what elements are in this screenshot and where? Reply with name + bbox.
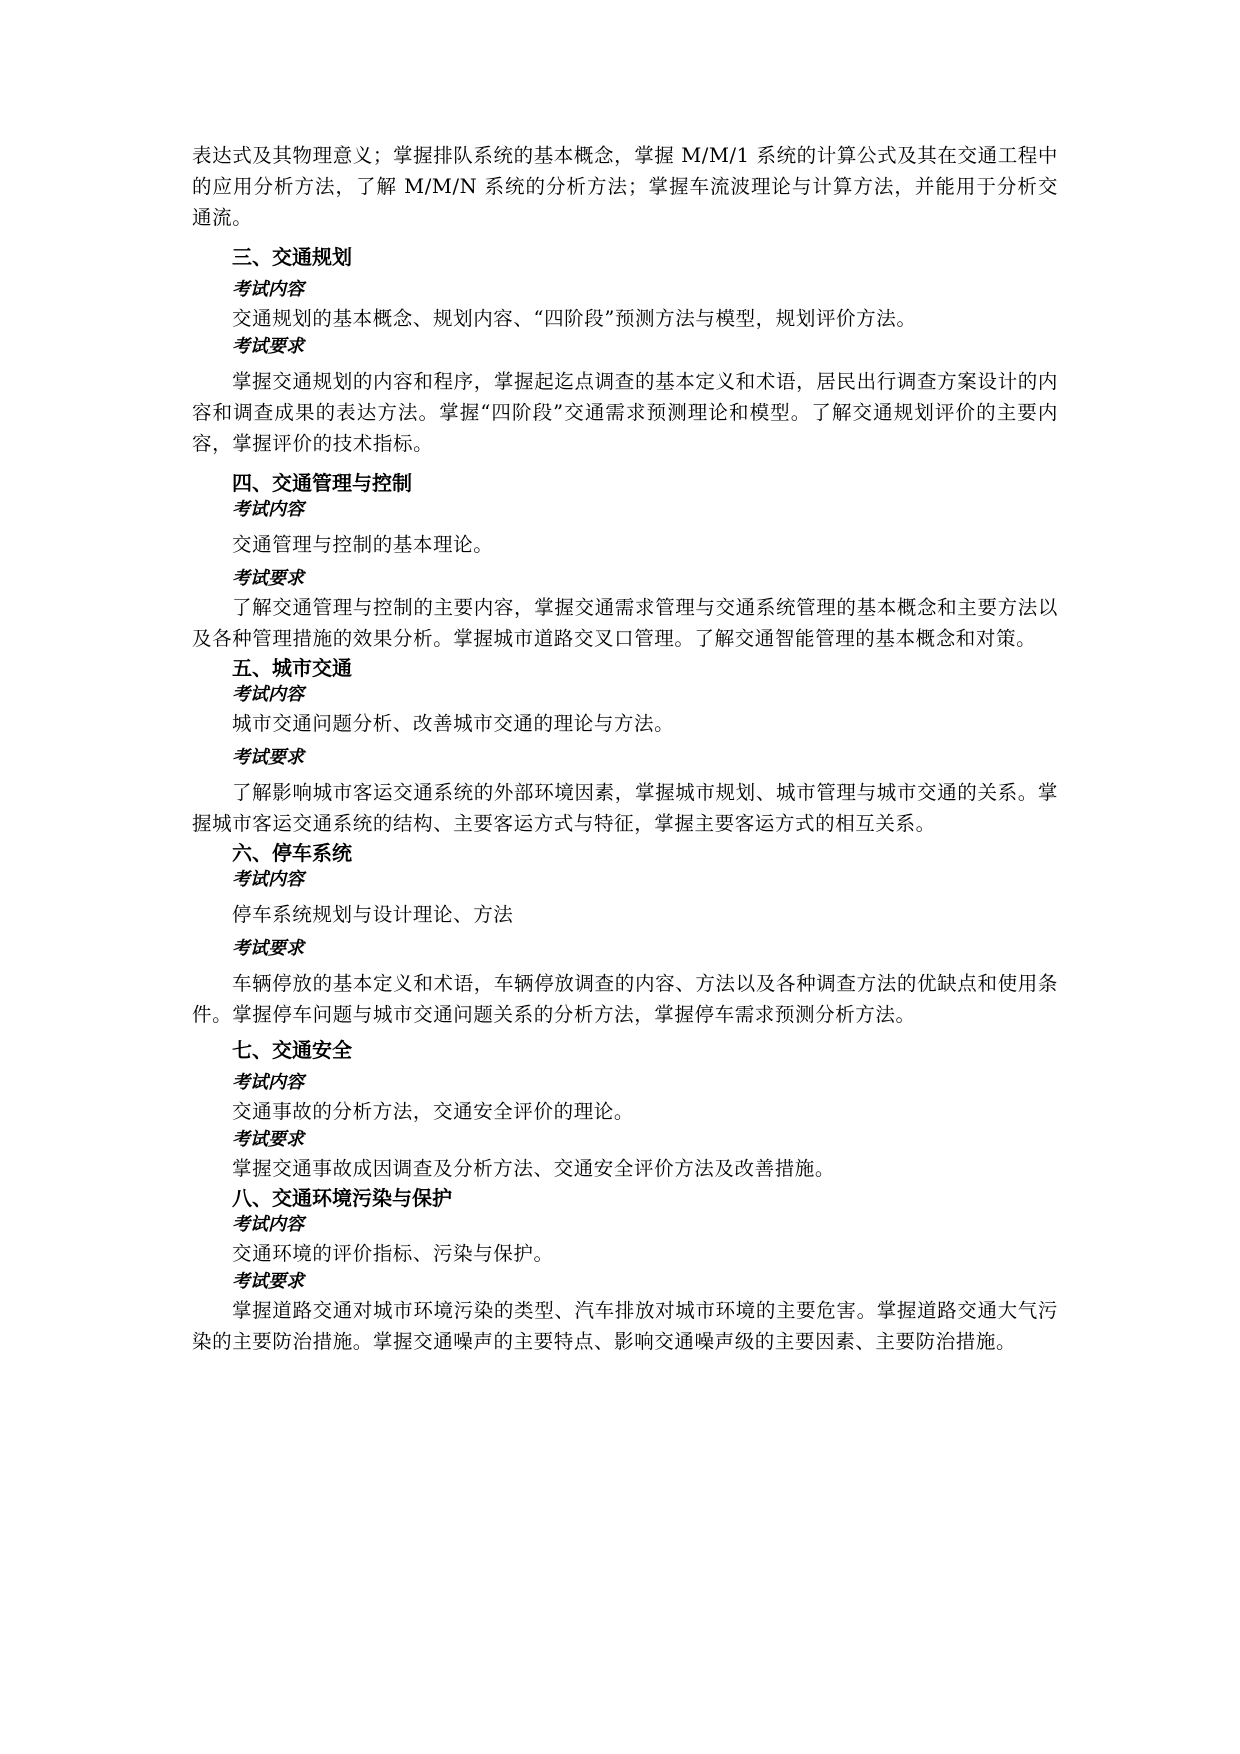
exam-requirement-label: 考试要求 bbox=[192, 936, 1058, 962]
section-title: 四、交通管理与控制 bbox=[192, 469, 1058, 497]
section-title: 六、停车系统 bbox=[192, 839, 1058, 867]
exam-content-text: 停车系统规划与设计理论、方法 bbox=[192, 899, 1058, 930]
exam-content-text: 交通规划的基本概念、规划内容、“四阶段”预测方法与模型，规划评价方法。 bbox=[192, 303, 1058, 334]
exam-requirement-text: 了解交通管理与控制的主要内容，掌握交通需求管理与交通系统管理的基本概念和主要方法… bbox=[192, 592, 1058, 654]
exam-content-text: 交通管理与控制的基本理论。 bbox=[192, 529, 1058, 560]
exam-requirement-text: 车辆停放的基本定义和术语，车辆停放调查的内容、方法以及各种调查方法的优缺点和使用… bbox=[192, 968, 1058, 1030]
exam-content-label: 考试内容 bbox=[192, 497, 1058, 523]
section-urban-traffic: 五、城市交通 考试内容 城市交通问题分析、改善城市交通的理论与方法。 考试要求 … bbox=[192, 654, 1058, 839]
exam-requirement-text: 了解影响城市客运交通系统的外部环境因素，掌握城市规划、城市管理与城市交通的关系。… bbox=[192, 777, 1058, 839]
section-transport-planning: 三、交通规划 考试内容 交通规划的基本概念、规划内容、“四阶段”预测方法与模型，… bbox=[192, 243, 1058, 459]
exam-requirement-label: 考试要求 bbox=[192, 1127, 1058, 1153]
exam-requirement-label: 考试要求 bbox=[192, 566, 1058, 592]
exam-content-label: 考试内容 bbox=[192, 277, 1058, 303]
section-traffic-environment: 八、交通环境污染与保护 考试内容 交通环境的评价指标、污染与保护。 考试要求 掌… bbox=[192, 1184, 1058, 1357]
exam-requirement-text: 掌握道路交通对城市环境污染的类型、汽车排放对城市环境的主要危害。掌握道路交通大气… bbox=[192, 1295, 1058, 1357]
intro-paragraph: 表达式及其物理意义；掌握排队系统的基本概念，掌握 M/M/1 系统的计算公式及其… bbox=[192, 140, 1058, 233]
exam-content-text: 交通环境的评价指标、污染与保护。 bbox=[192, 1238, 1058, 1269]
exam-content-label: 考试内容 bbox=[192, 682, 1058, 708]
section-parking-system: 六、停车系统 考试内容 停车系统规划与设计理论、方法 考试要求 车辆停放的基本定… bbox=[192, 839, 1058, 1030]
section-traffic-management: 四、交通管理与控制 考试内容 交通管理与控制的基本理论。 考试要求 了解交通管理… bbox=[192, 469, 1058, 654]
section-traffic-safety: 七、交通安全 考试内容 交通事故的分析方法，交通安全评价的理论。 考试要求 掌握… bbox=[192, 1036, 1058, 1184]
exam-requirement-text: 掌握交通规划的内容和程序，掌握起迄点调查的基本定义和术语，居民出行调查方案设计的… bbox=[192, 366, 1058, 459]
exam-content-label: 考试内容 bbox=[192, 1212, 1058, 1238]
exam-content-text: 交通事故的分析方法，交通安全评价的理论。 bbox=[192, 1096, 1058, 1127]
section-title: 五、城市交通 bbox=[192, 654, 1058, 682]
exam-requirement-text: 掌握交通事故成因调查及分析方法、交通安全评价方法及改善措施。 bbox=[192, 1153, 1058, 1184]
document-page: 表达式及其物理意义；掌握排队系统的基本概念，掌握 M/M/1 系统的计算公式及其… bbox=[192, 140, 1058, 1357]
section-title: 三、交通规划 bbox=[192, 243, 1058, 271]
exam-content-label: 考试内容 bbox=[192, 1070, 1058, 1096]
exam-requirement-label: 考试要求 bbox=[192, 334, 1058, 360]
section-title: 八、交通环境污染与保护 bbox=[192, 1184, 1058, 1212]
exam-requirement-label: 考试要求 bbox=[192, 1269, 1058, 1295]
section-title: 七、交通安全 bbox=[192, 1036, 1058, 1064]
exam-content-label: 考试内容 bbox=[192, 867, 1058, 893]
exam-requirement-label: 考试要求 bbox=[192, 745, 1058, 771]
exam-content-text: 城市交通问题分析、改善城市交通的理论与方法。 bbox=[192, 708, 1058, 739]
